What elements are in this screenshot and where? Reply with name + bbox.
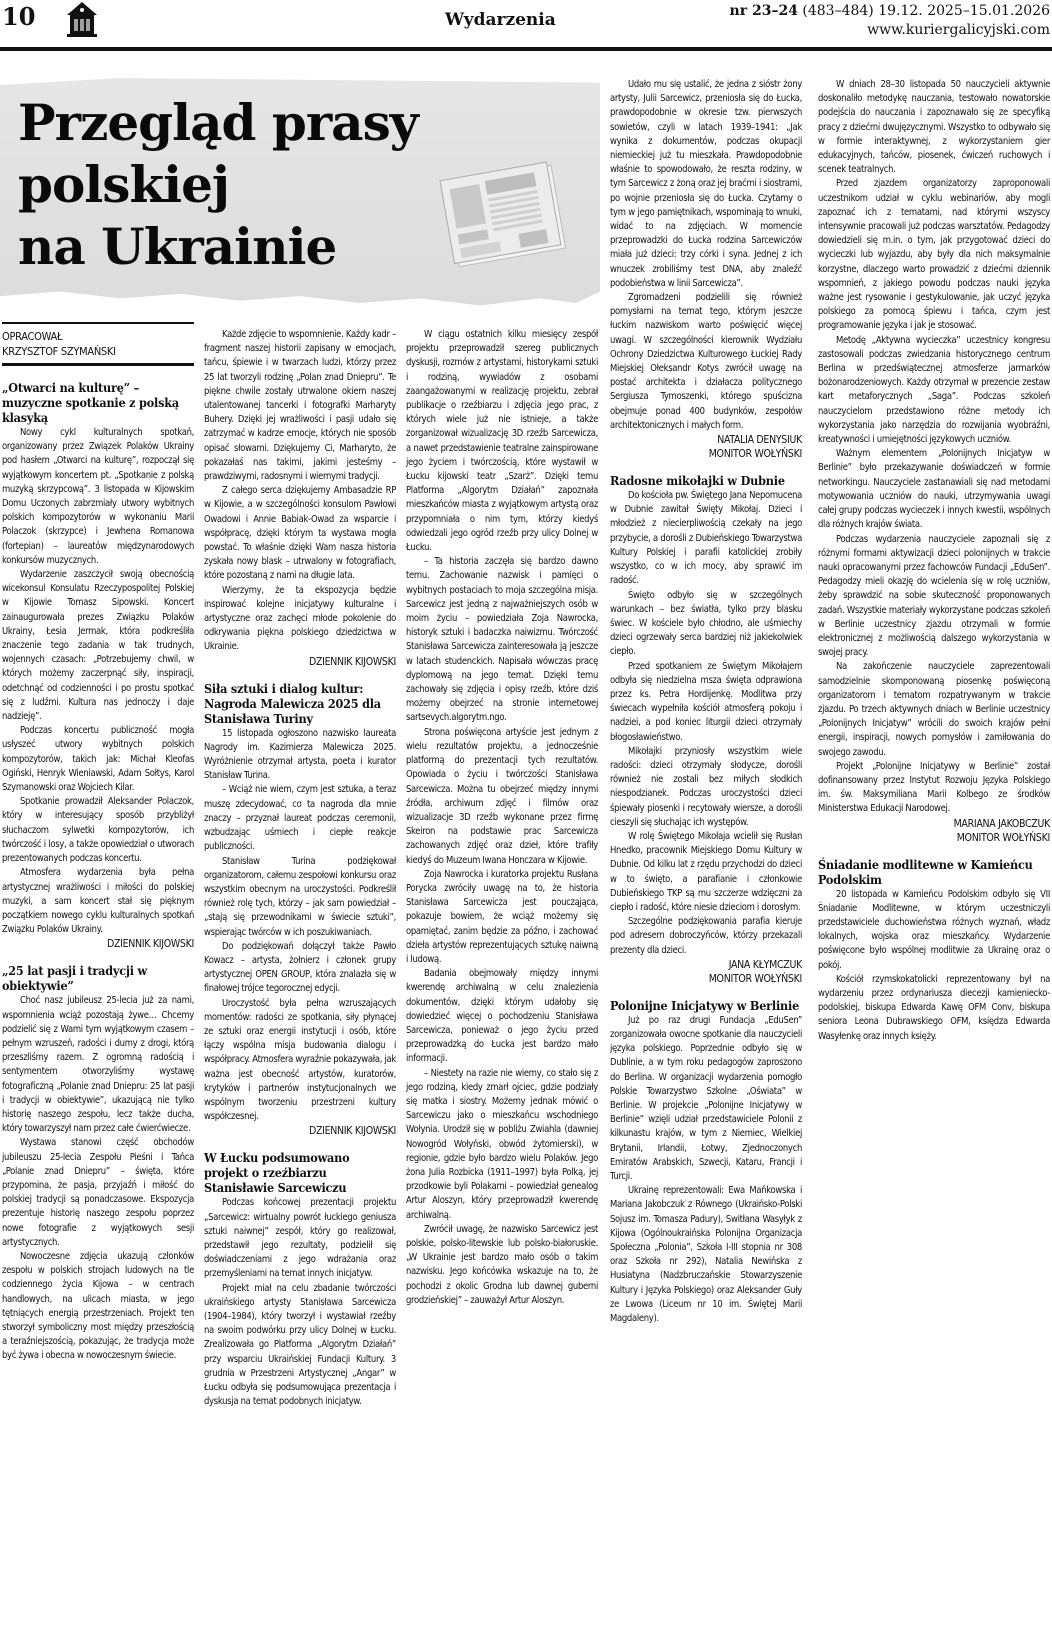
- article-paragraph: Podczas końcowej prezentacji projektu „S…: [204, 1196, 396, 1281]
- article-headline: Śniadanie modlitewne w Kamieńcu Podolski…: [818, 857, 1050, 887]
- article-paragraph: Już po raz drugi Fundacja „EduSen” zorga…: [610, 1014, 802, 1184]
- article-paragraph: Na zakończenie nauczyciele zaprezentowal…: [818, 660, 1050, 759]
- article-paragraph: Z całego serca dziękujemy Ambasadzie RP …: [204, 484, 396, 583]
- article-headline: „25 lat pasji i tradycji w obiektywie”: [2, 963, 194, 993]
- article-paragraph: Zoja Nawrocka i kuratorka projektu Rusła…: [406, 868, 598, 967]
- page-title: Przegląd prasy polskiej na Ukrainie: [18, 92, 418, 278]
- section-title: Wydarzenia: [445, 10, 556, 30]
- page-number: 10: [2, 2, 35, 31]
- article-paragraph: Metodę „Aktywna wycieczka” uczestnicy ko…: [818, 334, 1050, 448]
- article-paragraph: Zgromadzeni podzielili się również pomys…: [610, 291, 802, 433]
- article-paragraph: Projekt miał na celu zbadanie twórczości…: [204, 1282, 396, 1410]
- article-paragraph: Ukrainę reprezentowali: Ewa Mańkowska i …: [610, 1184, 802, 1326]
- article-paragraph: Uroczystość była pełna wzruszających mom…: [204, 997, 396, 1125]
- website-link[interactable]: www.kuriergalicyjski.com: [730, 21, 1050, 40]
- article-paragraph: Strona poświęcona artyście jest jednym z…: [406, 726, 598, 868]
- column-1: OPRACOWAŁ KRZYSZTOF SZYMAŃSKI „Otwarci n…: [2, 322, 194, 1364]
- article-paragraph: W rolę Świętego Mikołaja wcielił się Rus…: [610, 830, 802, 915]
- column-3: W ciągu ostatnich kilku miesięcy zespół …: [406, 328, 598, 1308]
- article-author: NATALIA DENYSIUK: [610, 433, 802, 447]
- article-paragraph: Wystawa stanowi część obchodów jubileusz…: [2, 1136, 194, 1250]
- article-paragraph: Święto odbyło się w szczególnych warunka…: [610, 589, 802, 660]
- article-paragraph: Przed zjazdem organizatorzy zaproponowal…: [818, 177, 1050, 333]
- article-paragraph: W dniach 28–30 listopada 50 nauczycieli …: [818, 78, 1050, 177]
- article-paragraph: – Niestety na razie nie wiemy, co stało …: [406, 1067, 598, 1223]
- article-headline: Siła sztuki i dialog kultur: Nagroda Mal…: [204, 681, 396, 726]
- article-source: MONITOR WOŁYŃSKI: [610, 447, 802, 461]
- article-paragraph: Zwrócił uwagę, że nazwisko Sarcewicz jes…: [406, 1223, 598, 1308]
- header-divider: [0, 47, 1052, 51]
- article-paragraph: Wydarzenie zaszczycił swoją obecnością w…: [2, 568, 194, 724]
- article-paragraph: Podczas wydarzenia nauczyciele zapoznali…: [818, 533, 1050, 661]
- article-paragraph: Szczególne podziękowania parafia kieruje…: [610, 915, 802, 958]
- issue-info: nr 23–24 (483–484) 19.12. 2025–15.01.202…: [730, 2, 1050, 40]
- article-paragraph: Nowoczesne zdjęcia ukazują członków zesp…: [2, 1250, 194, 1364]
- article-paragraph: Nowy cykl kulturalnych spotkań, organizo…: [2, 426, 194, 568]
- article-paragraph: Choć nasz jubileusz 25-lecia już za nami…: [2, 994, 194, 1136]
- article-paragraph: Do kościoła pw. Świętego Jana Nepomucena…: [610, 489, 802, 588]
- article-paragraph: Stanisław Turina podziękował organizator…: [204, 855, 396, 940]
- article-paragraph: Mikołajki przyniosły wszystkim wiele rad…: [610, 745, 802, 830]
- column-5: W dniach 28–30 listopada 50 nauczycieli …: [818, 78, 1050, 1044]
- issue-dates: (483–484) 19.12. 2025–15.01.2026: [798, 3, 1050, 19]
- page-masthead: 10 Wydarzenia nr 23–24 (483–484) 19.12. …: [0, 0, 1052, 50]
- article-headline: W Łucku podsumowano projekt o rzeźbiarzu…: [204, 1150, 396, 1195]
- issue-number: nr 23–24: [730, 3, 798, 19]
- article-paragraph: Badania obejmowały między innymi kwerend…: [406, 967, 598, 1066]
- article-source: MONITOR WOŁYŃSKI: [610, 972, 802, 986]
- article-paragraph: 15 listopada ogłoszono nazwisko laureata…: [204, 727, 396, 784]
- article-source: DZIENNIK KIJOWSKI: [2, 937, 194, 951]
- article-paragraph: – Ta historia zaczęła się bardzo dawno t…: [406, 555, 598, 725]
- article-paragraph: Podczas koncertu publiczność mogła usłys…: [2, 724, 194, 795]
- house-logo-icon: [63, 1, 101, 37]
- article-paragraph: Spotkanie prowadził Aleksander Polaczok,…: [2, 795, 194, 866]
- article-headline: Polonijne Inicjatywy w Berlinie: [610, 998, 802, 1013]
- article-paragraph: Atmosfera wydarzenia była pełna artystyc…: [2, 866, 194, 937]
- article-paragraph: Projekt „Polonijne Inicjatywy w Berlinie…: [818, 760, 1050, 817]
- article-headline: Radosne mikołajki w Dubnie: [610, 473, 802, 488]
- column-2: Każde zdjęcie to wspomnienie. Każdy kadr…: [204, 328, 396, 1409]
- article-paragraph: Udało mu się ustalić, że jedna z sióstr …: [610, 78, 802, 291]
- article-paragraph: Do podziękowań dołączył także Pawło Kowa…: [204, 940, 396, 997]
- article-author: MARIANA JAKOBCZUK: [818, 817, 1050, 831]
- article-paragraph: W ciągu ostatnich kilku miesięcy zespół …: [406, 328, 598, 555]
- article-paragraph: Wierzymy, że ta ekspozycja będzie inspir…: [204, 584, 396, 655]
- article-source: MONITOR WOŁYŃSKI: [818, 831, 1050, 845]
- article-paragraph: Każde zdjęcie to wspomnienie. Każdy kadr…: [204, 328, 396, 484]
- article-paragraph: Ważnym elementem „Polonijnych Inicjatyw …: [818, 447, 1050, 532]
- article-paragraph: – Wciąż nie wiem, czym jest sztuka, a te…: [204, 783, 396, 854]
- article-source: DZIENNIK KIJOWSKI: [204, 655, 396, 669]
- article-headline: „Otwarci na kulturę” – muzyczne spotkani…: [2, 380, 194, 425]
- article-author: JANA KŁYMCZUK: [610, 958, 802, 972]
- column-4: Udało mu się ustalić, że jedna z sióstr …: [610, 78, 802, 1326]
- article-paragraph: Kościół rzymskokatolicki reprezentowany …: [818, 973, 1050, 1044]
- byline: OPRACOWAŁ KRZYSZTOF SZYMAŃSKI: [2, 322, 194, 366]
- article-source: DZIENNIK KIJOWSKI: [204, 1124, 396, 1138]
- article-paragraph: Przed spotkaniem ze Świętym Mikołajem od…: [610, 660, 802, 745]
- article-paragraph: 20 listopada w Kamieńcu Podolskim odbyło…: [818, 888, 1050, 973]
